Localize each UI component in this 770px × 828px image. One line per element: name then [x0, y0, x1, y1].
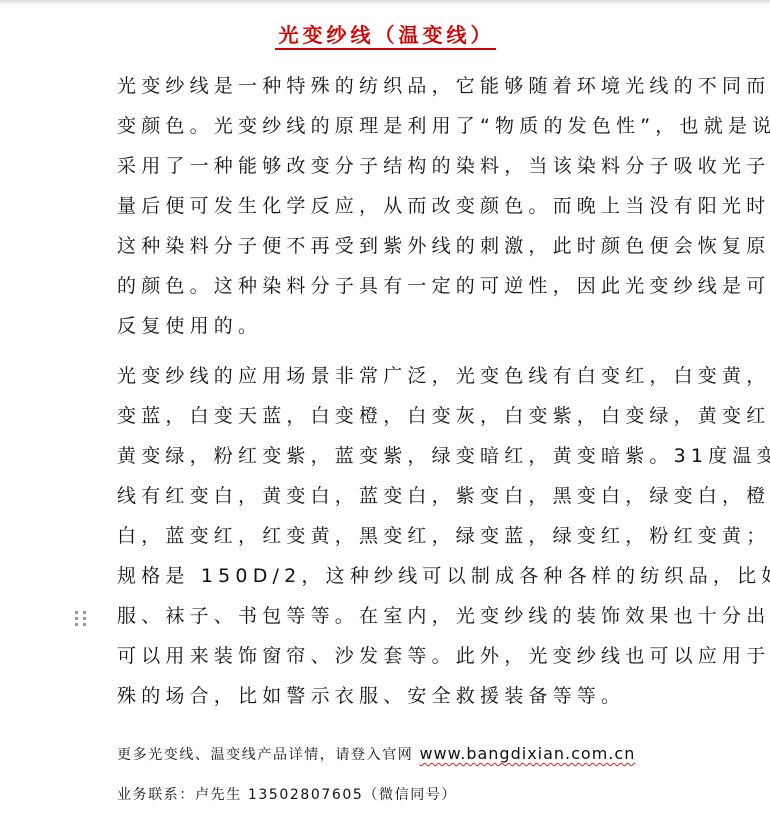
document-footer: 更多光变线、温变线产品详情，请登入官网 www.bangdixian.com.c… — [117, 734, 677, 815]
text-line: 规格是 150D/2，这种纱线可以制成各种各样的纺织品，比如衣 — [117, 556, 662, 596]
text-line: 黄变绿，粉红变紫，蓝变紫，绿变暗红，黄变暗紫。31度温变色 — [117, 436, 662, 476]
text-line: 白，蓝变红，红变黄，黑变红，绿变蓝，绿变红，粉红变黄；常备 — [117, 516, 662, 556]
document-title-wrap: 光变纱线（温变线） — [0, 22, 770, 50]
text-line: 服、袜子、书包等等。在室内，光变纱线的装饰效果也十分出色， — [117, 605, 770, 627]
text-line: 采用了一种能够改变分子结构的染料，当该染料分子吸收光子能 — [117, 146, 662, 186]
text-line: 变蓝，白变天蓝，白变橙，白变灰，白变紫，白变绿，黄变红， — [117, 396, 662, 436]
more-info-line: 更多光变线、温变线产品详情，请登入官网 www.bangdixian.com.c… — [117, 734, 677, 775]
text-line-with-cursor: 服、袜子、书包等等。在室内，光变纱线的装饰效果也十分出色， — [117, 596, 662, 636]
text-line: 光变纱线是一种特殊的纺织品，它能够随着环境光线的不同而改 — [117, 66, 662, 106]
contact-line: 业务联系：卢先生 13502807605（微信同号） — [117, 775, 677, 815]
document-page: 光变纱线（温变线） 光变纱线是一种特殊的纺织品，它能够随着环境光线的不同而改 变… — [0, 0, 770, 828]
paragraph-applications[interactable]: 光变纱线的应用场景非常广泛，光变色线有白变红，白变黄，白 变蓝，白变天蓝，白变橙… — [117, 356, 662, 716]
text-line: 量后便可发生化学反应，从而改变颜色。而晚上当没有阳光时， — [117, 186, 662, 226]
page-top-shadow — [0, 0, 770, 5]
text-line: 可以用来装饰窗帘、沙发套等。此外，光变纱线也可以应用于特 — [117, 636, 662, 676]
website-link[interactable]: www.bangdixian.com.cn — [419, 744, 635, 763]
drag-handle-icon[interactable] — [75, 611, 87, 627]
text-line: 反复使用的。 — [117, 306, 662, 346]
text-line: 线有红变白，黄变白，蓝变白，紫变白，黑变白，绿变白，橙变 — [117, 476, 662, 516]
text-line: 的颜色。这种染料分子具有一定的可逆性，因此光变纱线是可以 — [117, 266, 662, 306]
text-line: 这种染料分子便不再受到紫外线的刺激，此时颜色便会恢复原本 — [117, 226, 662, 266]
more-info-text: 更多光变线、温变线产品详情，请登入官网 — [117, 747, 419, 763]
text-line: 光变纱线的应用场景非常广泛，光变色线有白变红，白变黄，白 — [117, 356, 662, 396]
text-line: 变颜色。光变纱线的原理是利用了“物质的发色性”，也就是说 — [117, 106, 662, 146]
text-line: 殊的场合，比如警示衣服、安全救援装备等等。 — [117, 676, 662, 716]
document-body[interactable]: 光变纱线是一种特殊的纺织品，它能够随着环境光线的不同而改 变颜色。光变纱线的原理… — [117, 66, 662, 716]
document-title[interactable]: 光变纱线（温变线） — [275, 22, 496, 50]
paragraph-principle[interactable]: 光变纱线是一种特殊的纺织品，它能够随着环境光线的不同而改 变颜色。光变纱线的原理… — [117, 66, 662, 346]
